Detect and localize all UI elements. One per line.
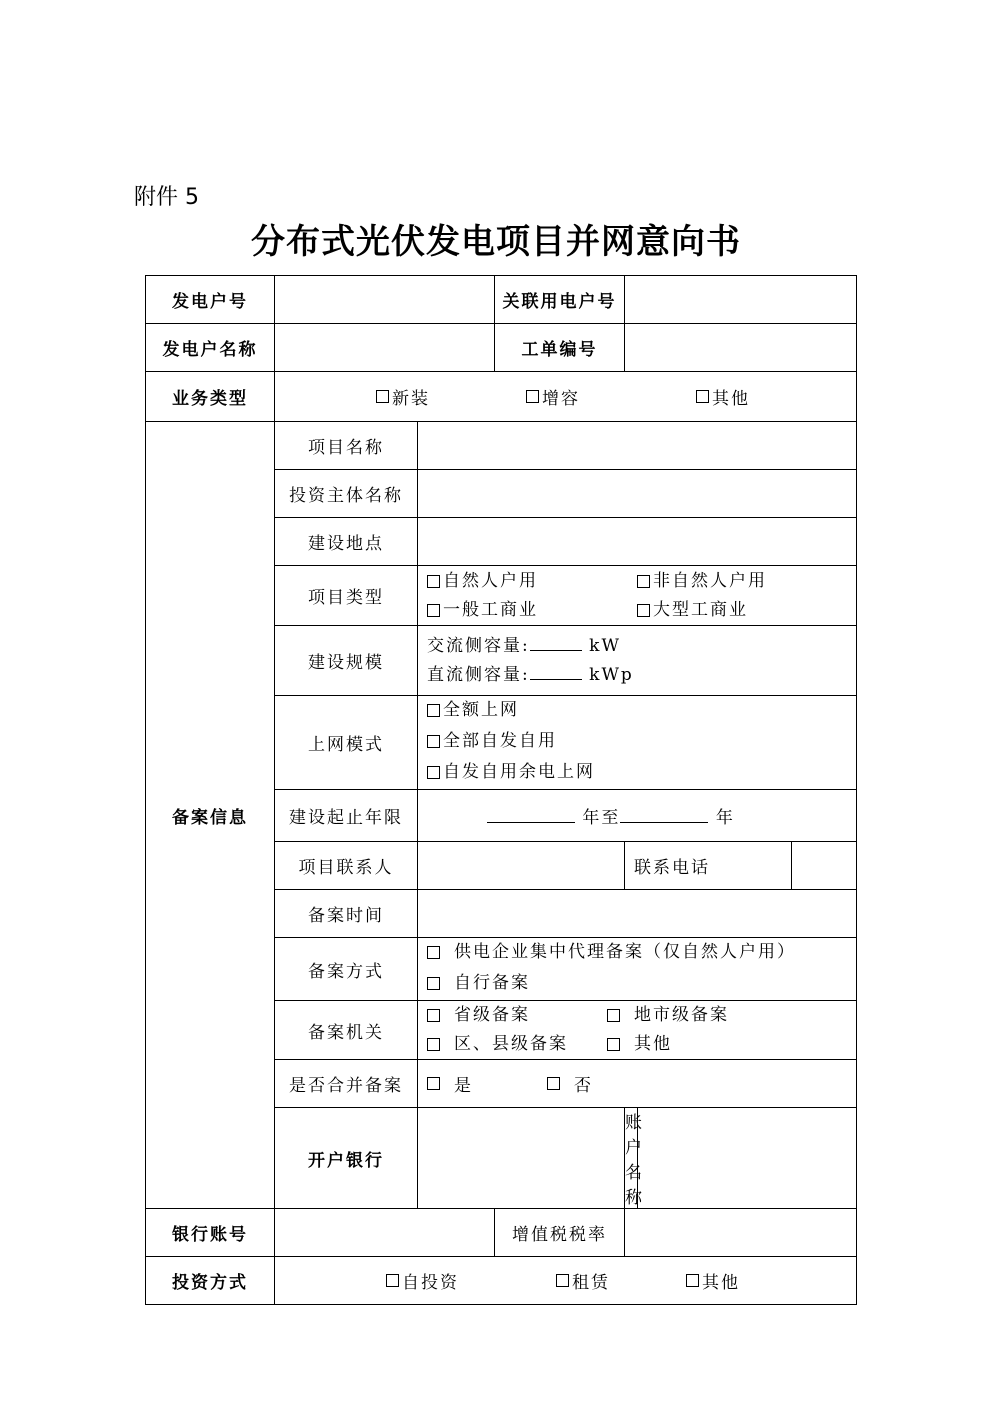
option-lease[interactable]: 租赁 — [556, 1268, 686, 1293]
option-yes[interactable]: 是 — [427, 1071, 547, 1096]
checkbox-icon[interactable] — [427, 604, 440, 617]
account-name-field[interactable] — [638, 1108, 857, 1209]
checkbox-icon[interactable] — [427, 977, 440, 990]
account-name-label: 账户名称 — [625, 1108, 638, 1209]
page-title: 分布式光伏发电项目并网意向书 — [0, 214, 992, 263]
merged-filing-options: 是 否 — [418, 1060, 857, 1108]
checkbox-icon[interactable] — [427, 735, 440, 748]
option-other[interactable]: 其他 — [696, 384, 750, 409]
account-no-field[interactable] — [275, 1209, 495, 1257]
linked-user-no-label: 关联用电户号 — [495, 276, 625, 324]
location-field[interactable] — [418, 518, 857, 566]
grid-mode-options: 全额上网 全部自发自用 自发自用余电上网 — [418, 696, 857, 790]
option-self-use[interactable]: 全部自发自用 — [427, 727, 557, 756]
vat-rate-label: 增值税税率 — [495, 1209, 625, 1257]
bank-field[interactable] — [418, 1108, 625, 1209]
option-large-commercial[interactable]: 大型工商业 — [637, 596, 856, 625]
linked-user-no-field[interactable] — [625, 276, 857, 324]
checkbox-icon[interactable] — [696, 390, 709, 403]
filing-authority-label: 备案机关 — [275, 1001, 418, 1060]
option-surplus-grid[interactable]: 自发自用余电上网 — [427, 758, 595, 787]
checkbox-icon[interactable] — [386, 1274, 399, 1287]
scale-label: 建设规模 — [275, 626, 418, 696]
checkbox-icon[interactable] — [427, 1038, 440, 1051]
business-type-options: 新装 增容 其他 — [275, 372, 857, 422]
dc-capacity-input[interactable] — [530, 679, 582, 680]
filing-time-field[interactable] — [418, 890, 857, 938]
generator-name-label: 发电户名称 — [146, 324, 275, 372]
period-label: 建设起止年限 — [275, 790, 418, 842]
option-full-grid[interactable]: 全额上网 — [427, 696, 519, 725]
option-authority-other[interactable]: 其他 — [607, 1030, 856, 1059]
option-non-natural-person[interactable]: 非自然人户用 — [637, 567, 856, 596]
checkbox-icon[interactable] — [637, 575, 650, 588]
phone-label: 联系电话 — [625, 842, 792, 890]
checkbox-icon[interactable] — [427, 1077, 440, 1090]
ac-capacity-input[interactable] — [530, 650, 582, 651]
checkbox-icon[interactable] — [376, 390, 389, 403]
option-self-filing[interactable]: 自行备案 — [427, 969, 530, 998]
option-general-commercial[interactable]: 一般工商业 — [427, 596, 637, 625]
investor-name-field[interactable] — [418, 470, 857, 518]
filing-time-label: 备案时间 — [275, 890, 418, 938]
option-no[interactable]: 否 — [547, 1071, 593, 1096]
contact-field[interactable] — [418, 842, 625, 890]
investment-label: 投资方式 — [146, 1257, 275, 1305]
filing-info-section-label: 备案信息 — [146, 422, 275, 1209]
filing-method-label: 备案方式 — [275, 938, 418, 1001]
investment-options: 自投资 租赁 其他 — [275, 1257, 857, 1305]
option-capacity-increase[interactable]: 增容 — [526, 384, 696, 409]
merged-filing-label: 是否合并备案 — [275, 1060, 418, 1108]
investor-name-label: 投资主体名称 — [275, 470, 418, 518]
filing-authority-options: 省级备案 地市级备案 区、县级备案 其他 — [418, 1001, 857, 1060]
project-type-options: 自然人户用 非自然人户用 一般工商业 大型工商业 — [418, 566, 857, 626]
checkbox-icon[interactable] — [427, 704, 440, 717]
option-self-invest[interactable]: 自投资 — [386, 1268, 556, 1293]
option-natural-person[interactable]: 自然人户用 — [427, 567, 637, 596]
project-type-label: 项目类型 — [275, 566, 418, 626]
generator-no-label: 发电户号 — [146, 276, 275, 324]
checkbox-icon[interactable] — [686, 1274, 699, 1287]
end-year-input[interactable] — [620, 822, 708, 823]
option-district[interactable]: 区、县级备案 — [427, 1030, 607, 1059]
scale-fields: 交流侧容量: kW 直流侧容量: kWp — [418, 626, 857, 696]
project-name-field[interactable] — [418, 422, 857, 470]
generator-no-field[interactable] — [275, 276, 495, 324]
work-order-no-field[interactable] — [625, 324, 857, 372]
checkbox-icon[interactable] — [637, 604, 650, 617]
work-order-no-label: 工单编号 — [495, 324, 625, 372]
checkbox-icon[interactable] — [427, 1009, 440, 1022]
application-form: 发电户号 关联用电户号 发电户名称 工单编号 业务类型 新装 增容 其他 备案信… — [145, 275, 857, 1305]
option-agent-filing[interactable]: 供电企业集中代理备案（仅自然人户用） — [427, 938, 796, 967]
checkbox-icon[interactable] — [547, 1077, 560, 1090]
checkbox-icon[interactable] — [526, 390, 539, 403]
account-no-label: 银行账号 — [146, 1209, 275, 1257]
option-new-install[interactable]: 新装 — [376, 384, 526, 409]
project-name-label: 项目名称 — [275, 422, 418, 470]
contact-label: 项目联系人 — [275, 842, 418, 890]
phone-field[interactable] — [792, 842, 857, 890]
checkbox-icon[interactable] — [427, 946, 440, 959]
location-label: 建设地点 — [275, 518, 418, 566]
period-fields: 年至 年 — [418, 790, 857, 842]
checkbox-icon[interactable] — [607, 1038, 620, 1051]
checkbox-icon[interactable] — [427, 575, 440, 588]
checkbox-icon[interactable] — [427, 766, 440, 779]
bank-label: 开户银行 — [275, 1108, 418, 1209]
attachment-label: 附件 5 — [134, 180, 199, 211]
option-municipal[interactable]: 地市级备案 — [607, 1001, 856, 1030]
checkbox-icon[interactable] — [607, 1009, 620, 1022]
vat-rate-field[interactable] — [625, 1209, 857, 1257]
generator-name-field[interactable] — [275, 324, 495, 372]
grid-mode-label: 上网模式 — [275, 696, 418, 790]
option-provincial[interactable]: 省级备案 — [427, 1001, 607, 1030]
option-invest-other[interactable]: 其他 — [686, 1268, 740, 1293]
start-year-input[interactable] — [487, 822, 575, 823]
business-type-label: 业务类型 — [146, 372, 275, 422]
filing-method-options: 供电企业集中代理备案（仅自然人户用） 自行备案 — [418, 938, 857, 1001]
checkbox-icon[interactable] — [556, 1274, 569, 1287]
